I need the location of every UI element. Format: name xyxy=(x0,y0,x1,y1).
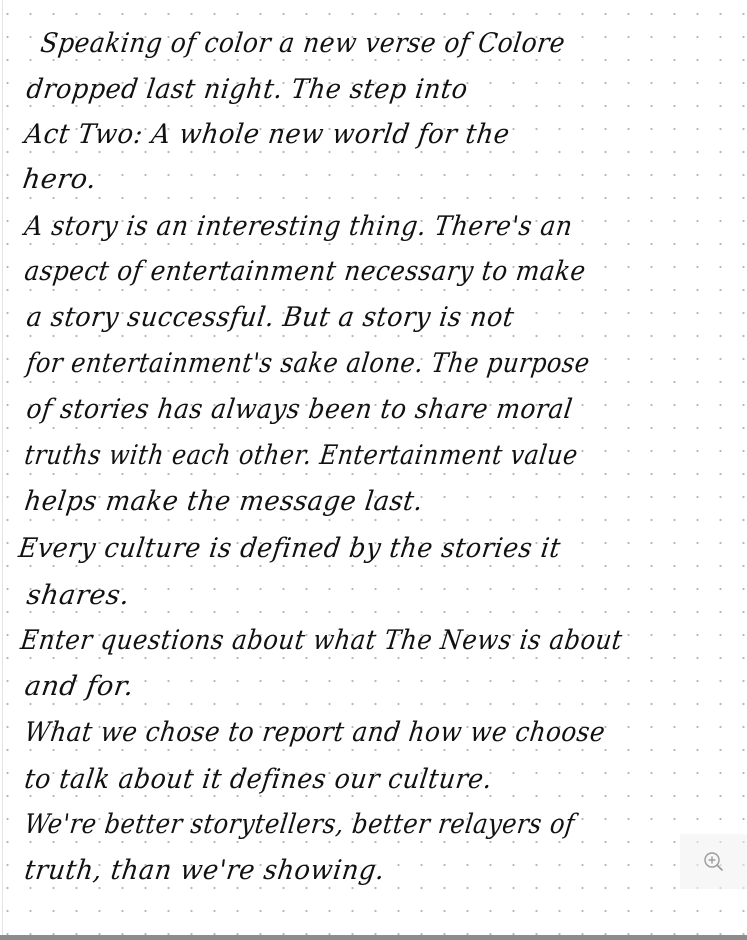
handwritten-line: of stories has always been to share mora… xyxy=(25,396,574,423)
dot-grid-page: Speaking of color a new verse of Colored… xyxy=(2,0,747,935)
handwritten-line: We're better storytellers, better relaye… xyxy=(23,811,576,838)
bottom-scrollbar-track xyxy=(0,935,747,940)
handwritten-line: What we chose to report and how we choos… xyxy=(23,719,607,746)
handwritten-line: a story successful. But a story is not xyxy=(25,304,516,331)
note-viewer: Speaking of color a new verse of Colored… xyxy=(0,0,747,940)
handwritten-line: for entertainment's sake alone. The purp… xyxy=(25,350,591,377)
handwritten-line: Act Two: A whole new world for the xyxy=(23,121,511,148)
handwritten-line: dropped last night. The step into xyxy=(25,76,469,103)
zoom-in-button[interactable] xyxy=(680,834,747,889)
handwritten-line: to talk about it defines our culture. xyxy=(23,766,494,793)
zoom-in-icon xyxy=(703,851,725,873)
handwritten-line: A story is an interesting thing. There's… xyxy=(23,213,574,240)
handwritten-line: Enter questions about what The News is a… xyxy=(19,627,624,654)
handwritten-line: truths with each other. Entertainment va… xyxy=(23,442,579,469)
handwritten-line: and for. xyxy=(23,673,136,700)
handwritten-line: helps make the message last. xyxy=(23,488,425,515)
handwritten-line: shares. xyxy=(25,582,132,609)
handwritten-line: Every culture is defined by the stories … xyxy=(17,535,562,562)
handwritten-line: aspect of entertainment necessary to mak… xyxy=(23,258,587,285)
handwritten-line: hero. xyxy=(21,166,98,193)
handwritten-line: Speaking of color a new verse of Colore xyxy=(39,30,567,57)
handwritten-line: truth, than we're showing. xyxy=(23,857,387,884)
